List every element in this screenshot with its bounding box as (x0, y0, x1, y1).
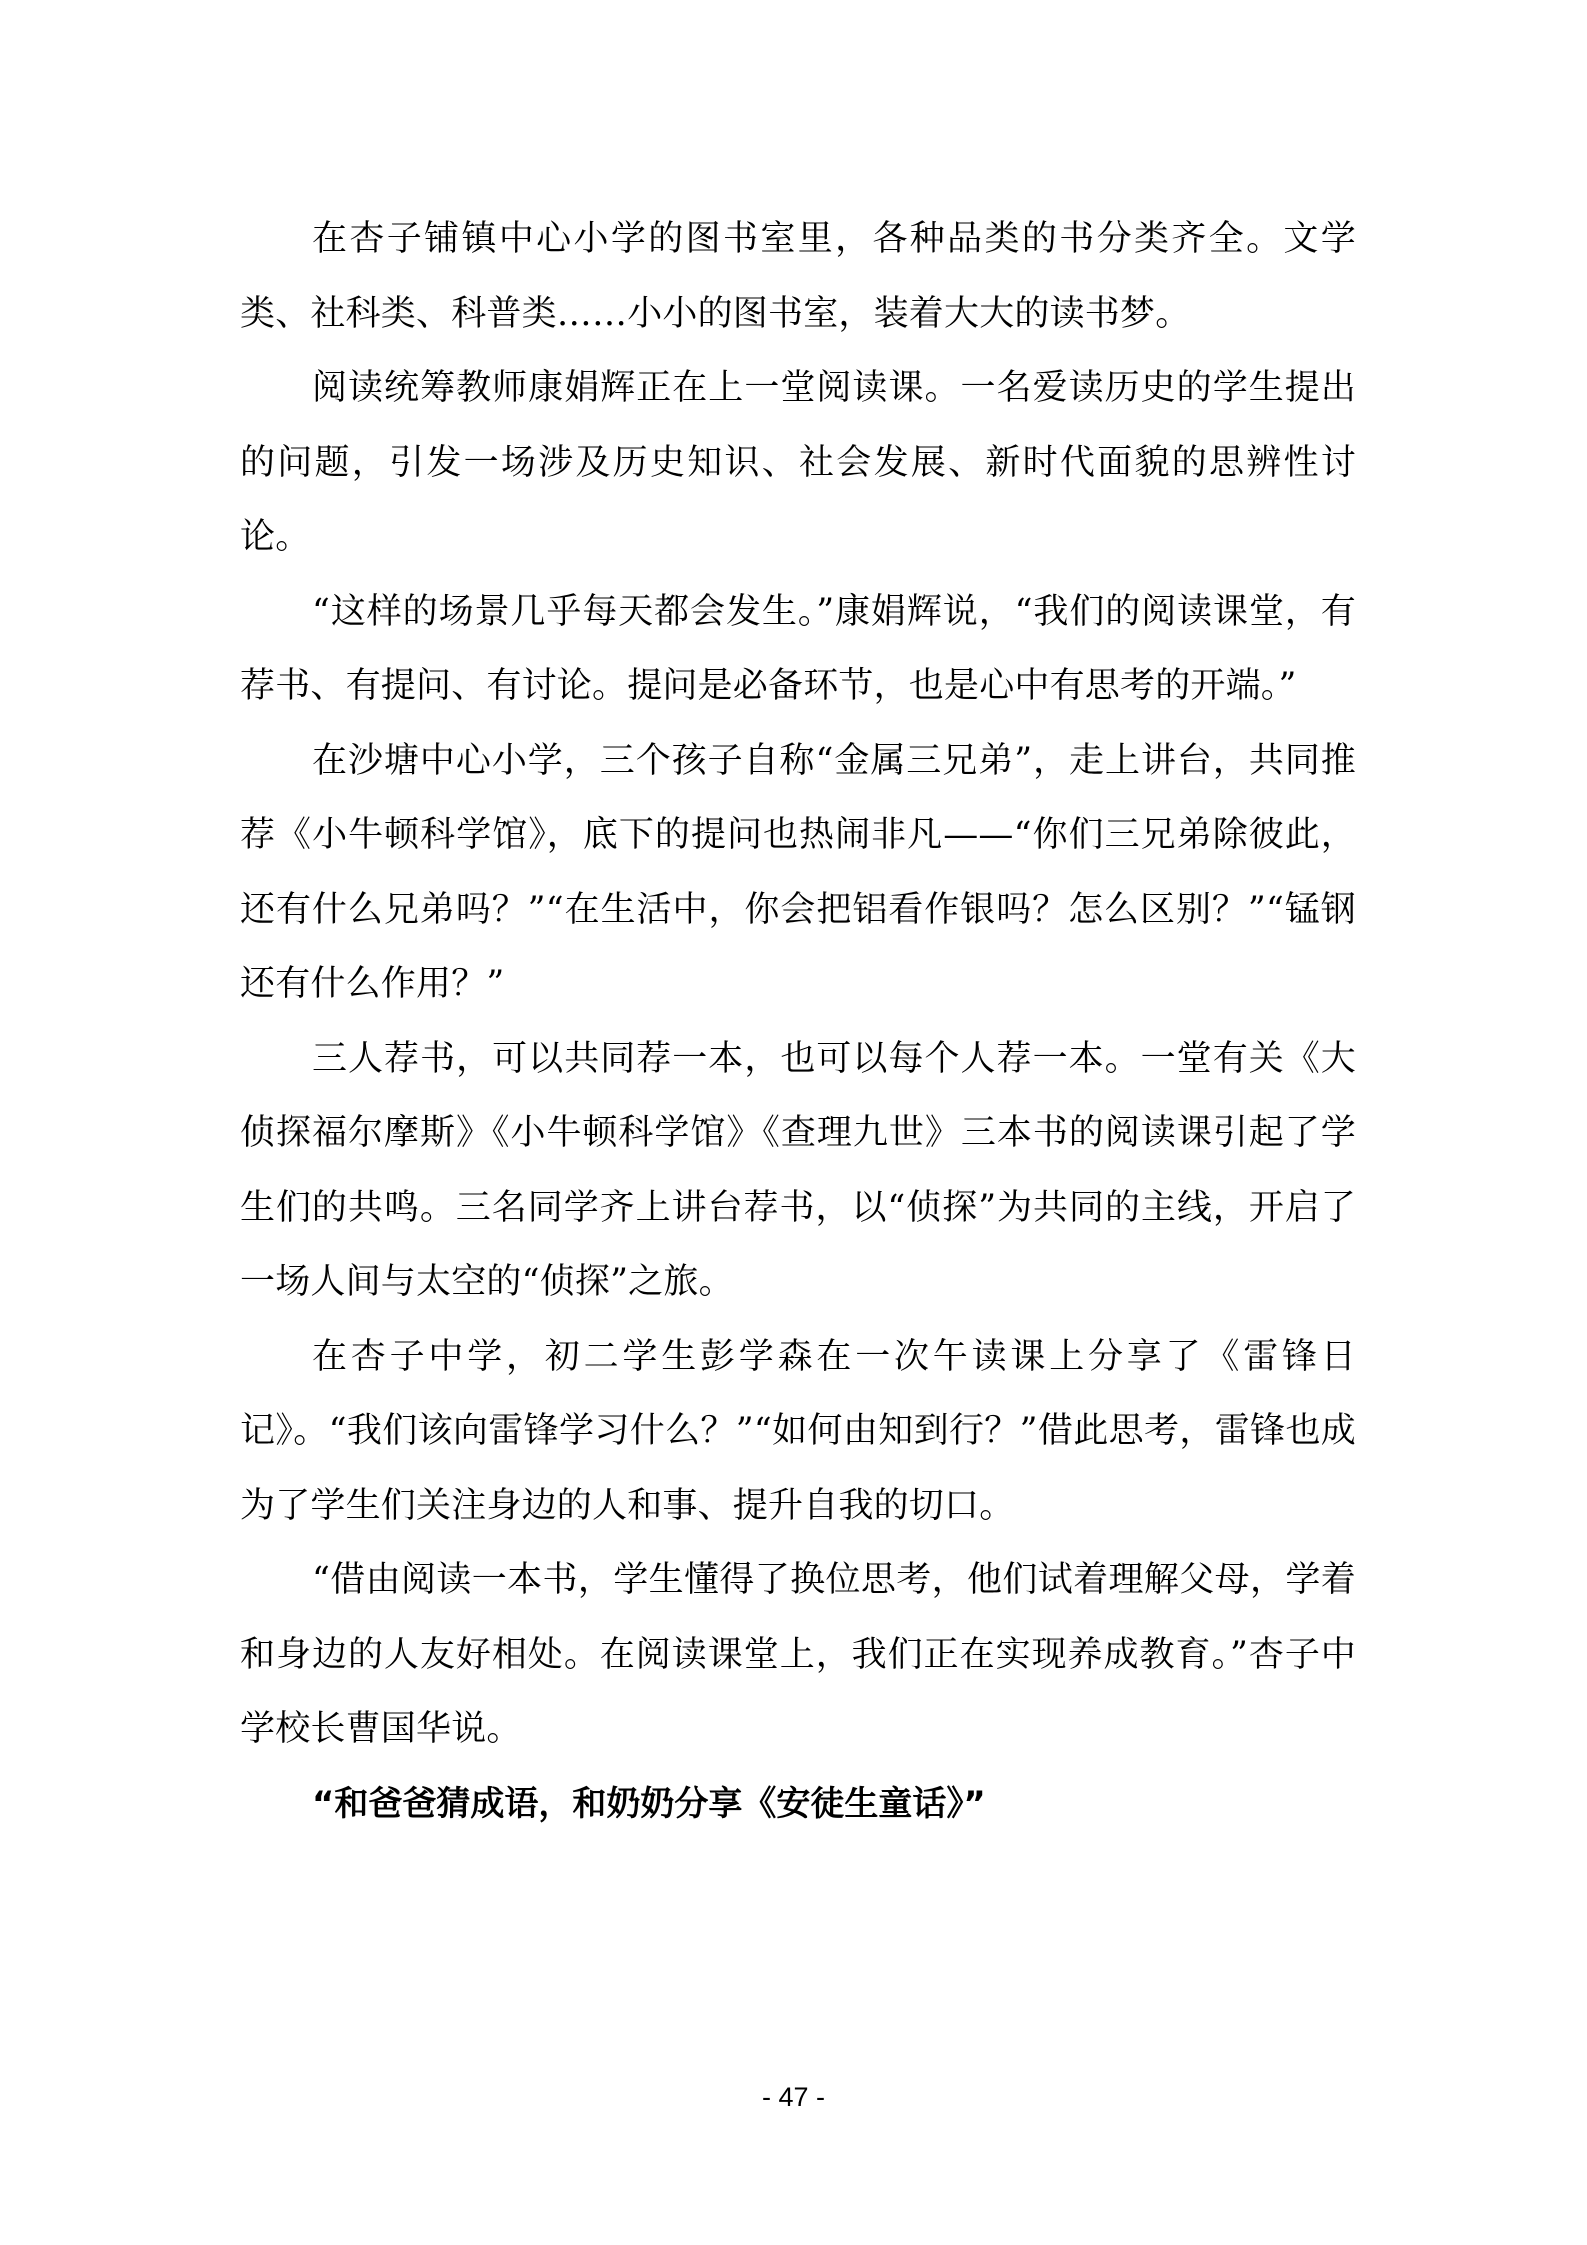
paragraph-book-recommendation: 三人荐书，可以共同荐一本，也可以每个人荐一本。一堂有关《大侦探福尔摩斯》《小牛顿… (240, 1022, 1356, 1320)
paragraph-reading-class: 阅读统筹教师康娟辉正在上一堂阅读课。一名爱读历史的学生提出的问题，引发一场涉及历… (240, 351, 1356, 575)
section-heading: “和爸爸猜成语，和奶奶分享《安徒生童话》” (240, 1767, 1356, 1842)
page-number: - 47 - (0, 2082, 1587, 2113)
document-body: 在杏子铺镇中心小学的图书室里，各种品类的书分类齐全。文学类、社科类、科普类……小… (240, 202, 1356, 1841)
paragraph-metal-brothers: 在沙塘中心小学，三个孩子自称“金属三兄弟”，走上讲台，共同推荐《小牛顿科学馆》，… (240, 724, 1356, 1022)
paragraph-teacher-quote: “这样的场景几乎每天都会发生。”康娟辉说，“我们的阅读课堂，有荐书、有提问、有讨… (240, 575, 1356, 724)
paragraph-principal-quote: “借由阅读一本书，学生懂得了换位思考，他们试着理解父母，学着和身边的人友好相处。… (240, 1543, 1356, 1767)
paragraph-lei-feng-diary: 在杏子中学，初二学生彭学森在一次午读课上分享了《雷锋日记》。“我们该向雷锋学习什… (240, 1320, 1356, 1544)
paragraph-library: 在杏子铺镇中心小学的图书室里，各种品类的书分类齐全。文学类、社科类、科普类……小… (240, 202, 1356, 351)
